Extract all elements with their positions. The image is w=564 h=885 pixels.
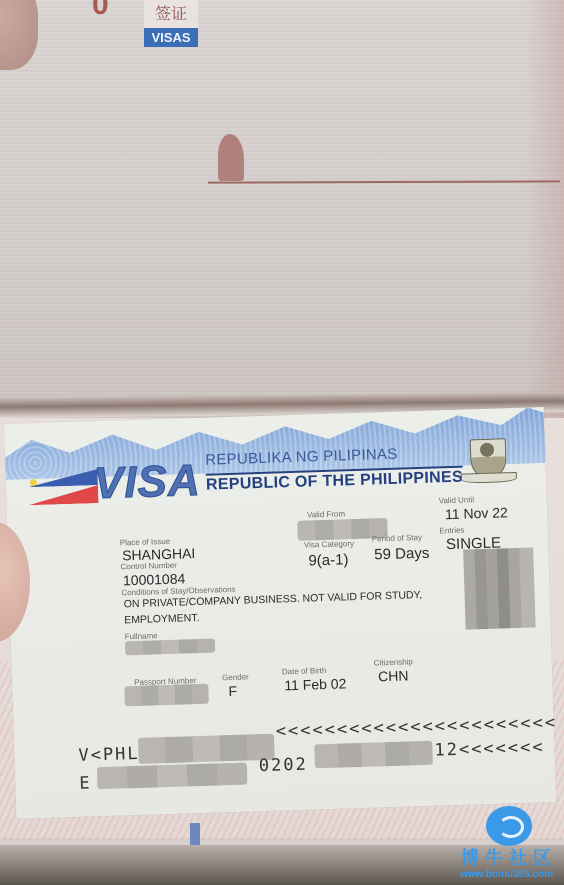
visas-label-cjk: 签证 [144,0,198,28]
mrz-line-2-redacted-b [314,741,433,769]
visas-label: VISAS [144,28,198,47]
valid-until-value: 11 Nov 22 [445,504,508,522]
ink-mark [218,134,244,181]
visas-label-box: 签证 VISAS [144,0,198,47]
conditions-line-2: EMPLOYMENT. [124,612,200,626]
watermark-url: www.boniu365.com [460,869,553,880]
gender-value: F [228,683,237,699]
watermark-name: 博牛社区 [461,844,557,870]
mrz-line-2-redacted-a [97,763,248,790]
dob-value: 11 Feb 02 [284,675,346,693]
boniu-bull-logo-icon [486,806,532,846]
stamp-number-fragment: 0 [92,0,107,22]
mrz-line-2-fill: 12<<<<<<< [434,737,545,760]
visa-sticker: VISA REPUBLIKA NG PILIPINAS REPUBLIC OF … [4,407,556,819]
period-of-stay-value: 59 Days [374,545,430,564]
visa-category-value: 9(a-1) [308,551,349,569]
valid-from-label: Valid From [307,509,345,519]
mrz-line-1-redacted [138,734,275,764]
philippine-flag-icon [27,469,98,507]
mrz-line-2-mid: 0202 [259,755,309,777]
gender-label: Gender [222,672,249,682]
entries-label: Entries [439,526,464,536]
mrz-line-1-prefix: V<PHL [78,744,140,766]
citizenship-label: Citizenship [374,657,413,667]
citizenship-value: CHN [378,667,409,684]
mrz-line-2-prefix: E [79,773,92,793]
visa-title: VISA [93,456,201,509]
holder-photo-redacted [463,547,535,629]
period-of-stay-label: Period of Stay [372,533,423,544]
page-edge-pattern [524,0,564,418]
valid-until-label: Valid Until [438,495,474,505]
passport-upper-page: 0 签证 VISAS [0,0,564,418]
control-number-value: 10001084 [123,570,186,588]
visa-category-label: Visa Category [304,539,354,550]
coat-of-arms-icon [459,430,515,486]
fullname-redacted [125,638,215,655]
passport-number-redacted [124,684,209,707]
dob-label: Date of Birth [282,666,327,676]
signature-line [208,180,560,183]
control-number-label: Control Number [120,561,177,572]
